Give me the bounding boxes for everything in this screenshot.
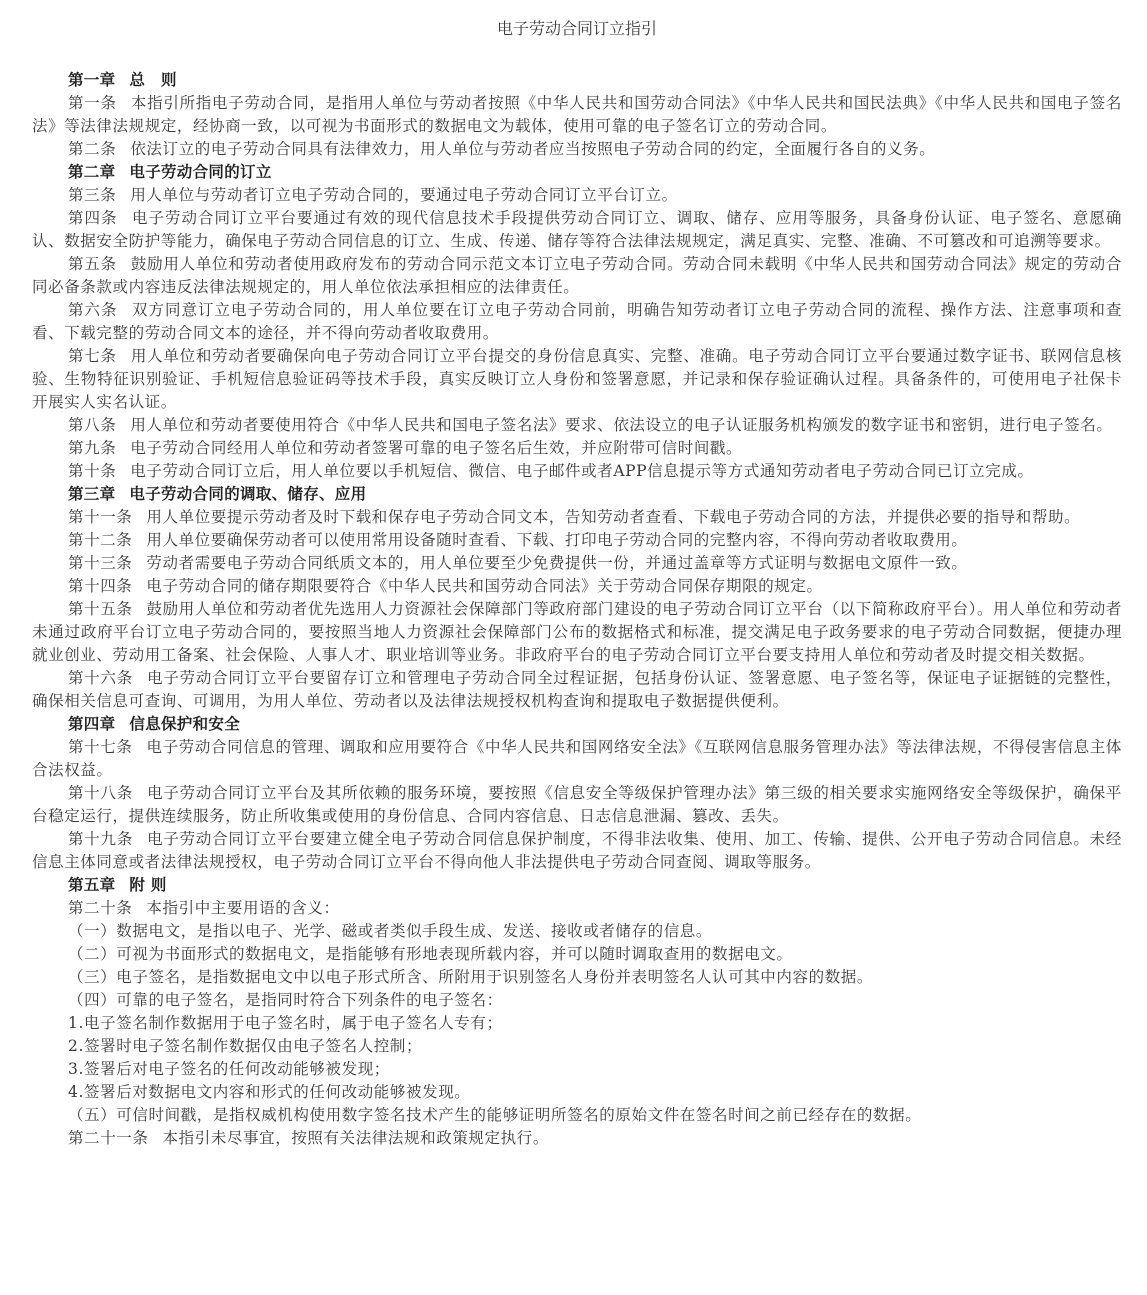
article-label: 第十条 [68,462,116,480]
chapter-title: 附 则 [129,876,166,894]
article-text: 鼓励用人单位和劳动者使用政府发布的劳动合同示范文本订立电子劳动合同。劳动合同未载… [32,255,1122,296]
article-label: 第一条 [68,94,117,112]
article-text: 电子劳动合同订立平台及其所依赖的服务环境，要按照《信息安全等级保护管理办法》第三… [32,784,1122,825]
article-paragraph: 第十八条电子劳动合同订立平台及其所依赖的服务环境，要按照《信息安全等级保护管理办… [32,782,1122,828]
definition-item: 4.签署后对数据电文内容和形式的任何改动能够被发现。 [32,1081,1122,1104]
article-text: 本指引未尽事宜，按照有关法律法规和政策规定执行。 [163,1129,549,1147]
article-paragraph: 第十三条劳动者需要电子劳动合同纸质文本的，用人单位要至少免费提供一份，并通过盖章… [32,552,1122,575]
article-label: 第二十一条 [68,1129,149,1147]
chapter-label: 第二章 [68,163,115,181]
chapter-heading: 第五章附 则 [32,874,1122,897]
article-paragraph: 第十六条电子劳动合同订立平台要留存订立和管理电子劳动合同全过程证据，包括身份认证… [32,667,1122,713]
article-text: 鼓励用人单位和劳动者优先选用人力资源社会保障部门等政府部门建设的电子劳动合同订立… [32,600,1122,664]
article-text: 电子劳动合同订立平台要留存订立和管理电子劳动合同全过程证据，包括身份认证、签署意… [32,669,1122,710]
article-paragraph: 第七条用人单位和劳动者要确保向电子劳动合同订立平台提交的身份信息真实、完整、准确… [32,345,1122,414]
article-text: 依法订立的电子劳动合同具有法律效力，用人单位与劳动者应当按照电子劳动合同的约定，… [130,140,935,158]
chapter-heading: 第一章总 则 [32,69,1122,92]
definition-item: 1.电子签名制作数据用于电子签名时，属于电子签名人专有； [32,1012,1122,1035]
article-label: 第七条 [68,347,117,365]
article-label: 第十一条 [68,508,132,526]
article-paragraph: 第九条电子劳动合同经用人单位和劳动者签署可靠的电子签名后生效，并应附带可信时间戳… [32,437,1122,460]
chapter-label: 第一章 [68,71,115,89]
article-label: 第四条 [68,209,118,227]
definition-item: （三）电子签名，是指数据电文中以电子形式所含、所附用于识别签名人身份并表明签名人… [32,966,1122,989]
chapter-title: 信息保护和安全 [129,715,240,733]
article-label: 第十六条 [68,669,133,687]
article-paragraph: 第十条电子劳动合同订立后，用人单位要以手机短信、微信、电子邮件或者APP信息提示… [32,460,1122,483]
definition-item: （五）可信时间戳，是指权威机构使用数字签名技术产生的能够证明所签名的原始文件在签… [32,1104,1122,1127]
article-label: 第八条 [68,416,116,434]
chapter-heading: 第二章电子劳动合同的订立 [32,161,1122,184]
chapter-title: 电子劳动合同的调取、储存、应用 [129,485,366,503]
document-body: 第一章总 则第一条本指引所指电子劳动合同，是指用人单位与劳动者按照《中华人民共和… [32,69,1122,1150]
article-text: 劳动者需要电子劳动合同纸质文本的，用人单位要至少免费提供一份，并通过盖章等方式证… [146,554,967,572]
article-label: 第九条 [68,439,116,457]
definition-item: （二）可视为书面形式的数据电文，是指能够有形地表现所载内容，并可以随时调取查用的… [32,943,1122,966]
article-label: 第十五条 [68,600,132,618]
article-text: 用人单位要确保劳动者可以使用常用设备随时查看、下载、打印电子劳动合同的完整内容，… [146,531,967,549]
article-label: 第十三条 [68,554,132,572]
document-title: 电子劳动合同订立指引 [32,17,1122,41]
article-text: 用人单位和劳动者要使用符合《中华人民共和国电子签名法》要求、依法设立的电子认证服… [130,416,1112,434]
chapter-heading: 第四章信息保护和安全 [32,713,1122,736]
definition-item: （四）可靠的电子签名，是指同时符合下列条件的电子签名： [32,989,1122,1012]
article-label: 第十七条 [68,738,132,756]
definition-item: 2.签署时电子签名制作数据仅由电子签名人控制； [32,1035,1122,1058]
article-label: 第二十条 [68,899,132,917]
article-paragraph: 第四条电子劳动合同订立平台要通过有效的现代信息技术手段提供劳动合同订立、调取、储… [32,207,1122,253]
article-paragraph: 第三条用人单位与劳动者订立电子劳动合同的，要通过电子劳动合同订立平台订立。 [32,184,1122,207]
article-paragraph: 第八条用人单位和劳动者要使用符合《中华人民共和国电子签名法》要求、依法设立的电子… [32,414,1122,437]
article-text: 电子劳动合同订立后，用人单位要以手机短信、微信、电子邮件或者APP信息提示等方式… [130,462,1033,480]
article-paragraph: 第一条本指引所指电子劳动合同，是指用人单位与劳动者按照《中华人民共和国劳动合同法… [32,92,1122,138]
chapter-title: 电子劳动合同的订立 [129,163,271,181]
article-label: 第十九条 [68,830,133,848]
article-paragraph: 第十二条用人单位要确保劳动者可以使用常用设备随时查看、下载、打印电子劳动合同的完… [32,529,1122,552]
article-text: 电子劳动合同的储存期限要符合《中华人民共和国劳动合同法》关于劳动合同保存期限的规… [146,577,822,595]
article-text: 电子劳动合同订立平台要建立健全电子劳动合同信息保护制度，不得非法收集、使用、加工… [32,830,1122,871]
article-label: 第十四条 [68,577,132,595]
article-text: 本指引中主要用语的含义： [146,899,339,917]
article-label: 第三条 [68,186,116,204]
document-page: 电子劳动合同订立指引 第一章总 则第一条本指引所指电子劳动合同，是指用人单位与劳… [0,0,1147,1150]
article-text: 用人单位与劳动者订立电子劳动合同的，要通过电子劳动合同订立平台订立。 [130,186,677,204]
article-paragraph: 第二十条本指引中主要用语的含义： [32,897,1122,920]
chapter-label: 第四章 [68,715,115,733]
article-paragraph: 第二条依法订立的电子劳动合同具有法律效力，用人单位与劳动者应当按照电子劳动合同的… [32,138,1122,161]
article-label: 第二条 [68,140,116,158]
article-label: 第五条 [68,255,117,273]
article-text: 双方同意订立电子劳动合同的，用人单位要在订立电子劳动合同前，明确告知劳动者订立电… [32,301,1122,342]
article-label: 第十八条 [68,784,133,802]
article-text: 电子劳动合同信息的管理、调取和应用要符合《中华人民共和国网络安全法》《互联网信息… [32,738,1122,779]
chapter-title: 总 则 [129,71,176,89]
article-paragraph: 第十四条电子劳动合同的储存期限要符合《中华人民共和国劳动合同法》关于劳动合同保存… [32,575,1122,598]
chapter-heading: 第三章电子劳动合同的调取、储存、应用 [32,483,1122,506]
chapter-label: 第五章 [68,876,115,894]
article-text: 电子劳动合同订立平台要通过有效的现代信息技术手段提供劳动合同订立、调取、储存、应… [32,209,1122,250]
article-paragraph: 第十九条电子劳动合同订立平台要建立健全电子劳动合同信息保护制度，不得非法收集、使… [32,828,1122,874]
article-text: 本指引所指电子劳动合同，是指用人单位与劳动者按照《中华人民共和国劳动合同法》《中… [32,94,1122,135]
article-text: 用人单位要提示劳动者及时下载和保存电子劳动合同文本，告知劳动者查看、下载电子劳动… [146,508,1080,526]
article-label: 第六条 [68,301,118,319]
definition-item: （一）数据电文，是指以电子、光学、磁或者类似手段生成、发送、接收或者储存的信息。 [32,920,1122,943]
article-paragraph: 第五条鼓励用人单位和劳动者使用政府发布的劳动合同示范文本订立电子劳动合同。劳动合… [32,253,1122,299]
article-text: 用人单位和劳动者要确保向电子劳动合同订立平台提交的身份信息真实、完整、准确。电子… [32,347,1122,411]
chapter-label: 第三章 [68,485,115,503]
article-paragraph: 第十五条鼓励用人单位和劳动者优先选用人力资源社会保障部门等政府部门建设的电子劳动… [32,598,1122,667]
article-paragraph: 第十一条用人单位要提示劳动者及时下载和保存电子劳动合同文本，告知劳动者查看、下载… [32,506,1122,529]
definition-item: 3.签署后对电子签名的任何改动能够被发现； [32,1058,1122,1081]
article-paragraph: 第二十一条本指引未尽事宜，按照有关法律法规和政策规定执行。 [32,1127,1122,1150]
article-paragraph: 第六条双方同意订立电子劳动合同的，用人单位要在订立电子劳动合同前，明确告知劳动者… [32,299,1122,345]
article-text: 电子劳动合同经用人单位和劳动者签署可靠的电子签名后生效，并应附带可信时间戳。 [130,439,742,457]
article-label: 第十二条 [68,531,132,549]
article-paragraph: 第十七条电子劳动合同信息的管理、调取和应用要符合《中华人民共和国网络安全法》《互… [32,736,1122,782]
